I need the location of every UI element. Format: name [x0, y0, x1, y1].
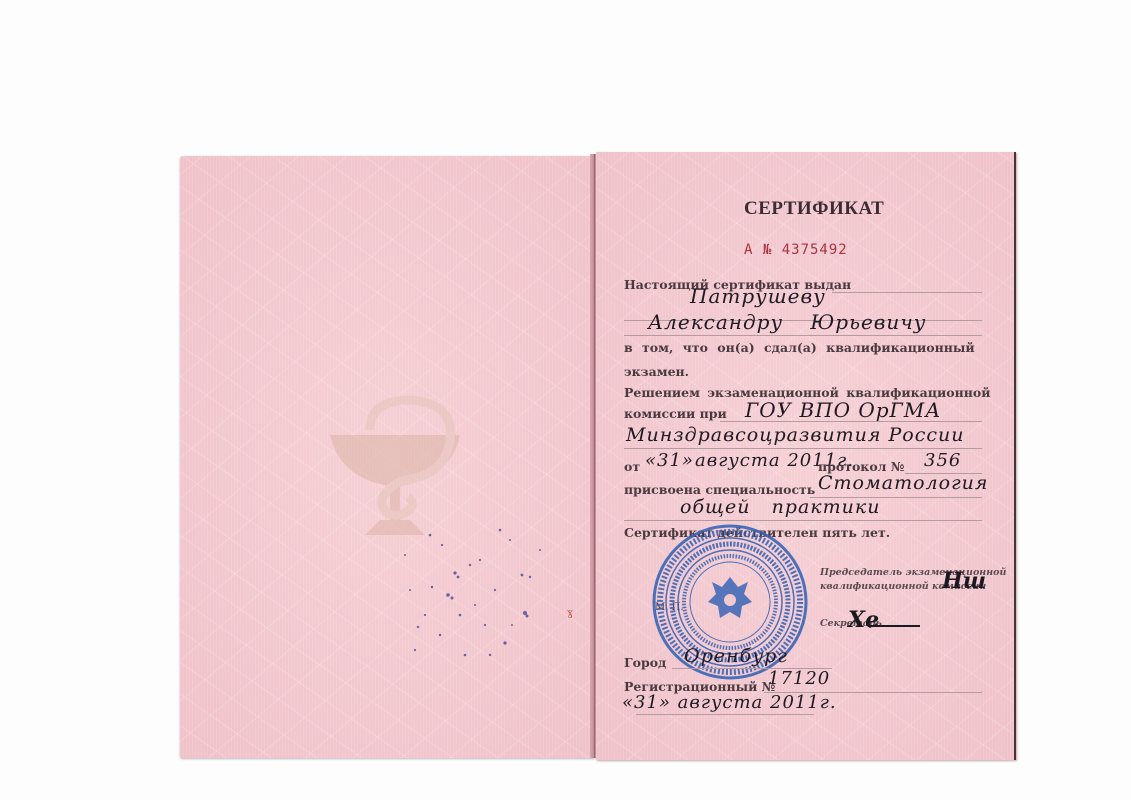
- red-mark: ɣ: [567, 608, 573, 619]
- issue-date: «31» августа 2011г.: [622, 692, 837, 713]
- commission-label: комиссии при: [624, 406, 727, 421]
- commission-value-line-2: Минздравсоцразвития России: [626, 424, 965, 446]
- certificate-serial: А № 4375492: [744, 242, 848, 258]
- faded-stamp-icon: [380, 515, 570, 665]
- spine-crease: [594, 154, 595, 758]
- chair-signature: Нш: [942, 568, 986, 594]
- rule: [832, 292, 982, 293]
- from-label: от: [624, 459, 640, 474]
- secretary-signature: Хе: [848, 607, 879, 633]
- commission-value: ГОУ ВПО ОрГМА: [745, 398, 941, 422]
- recipient-surname: Патрушеву: [690, 284, 826, 308]
- rule: [624, 520, 982, 521]
- rule: [624, 335, 982, 336]
- rule: [624, 448, 982, 449]
- recipient-name: Александру Юрьевичу: [648, 310, 926, 334]
- city-label: Город: [624, 655, 666, 670]
- certificate-title: СЕРТИФИКАТ: [744, 198, 884, 220]
- specialty-value: Стоматология: [818, 472, 989, 494]
- statement-line-2: экзамен.: [624, 364, 689, 379]
- city-value: Оренбург: [684, 645, 788, 667]
- registration-number: 17120: [768, 668, 830, 689]
- protocol-number: 356: [924, 450, 961, 471]
- signature-stroke: [868, 625, 920, 627]
- specialty-label: присвоена специальность: [624, 482, 815, 497]
- rule: [720, 421, 982, 422]
- statement-line-1: в том, что он(а) сдал(а) квалификационны…: [624, 340, 975, 355]
- specialty-value-line-2: общей практики: [680, 496, 880, 518]
- decision-day: «31»: [645, 450, 694, 471]
- rule: [636, 714, 814, 715]
